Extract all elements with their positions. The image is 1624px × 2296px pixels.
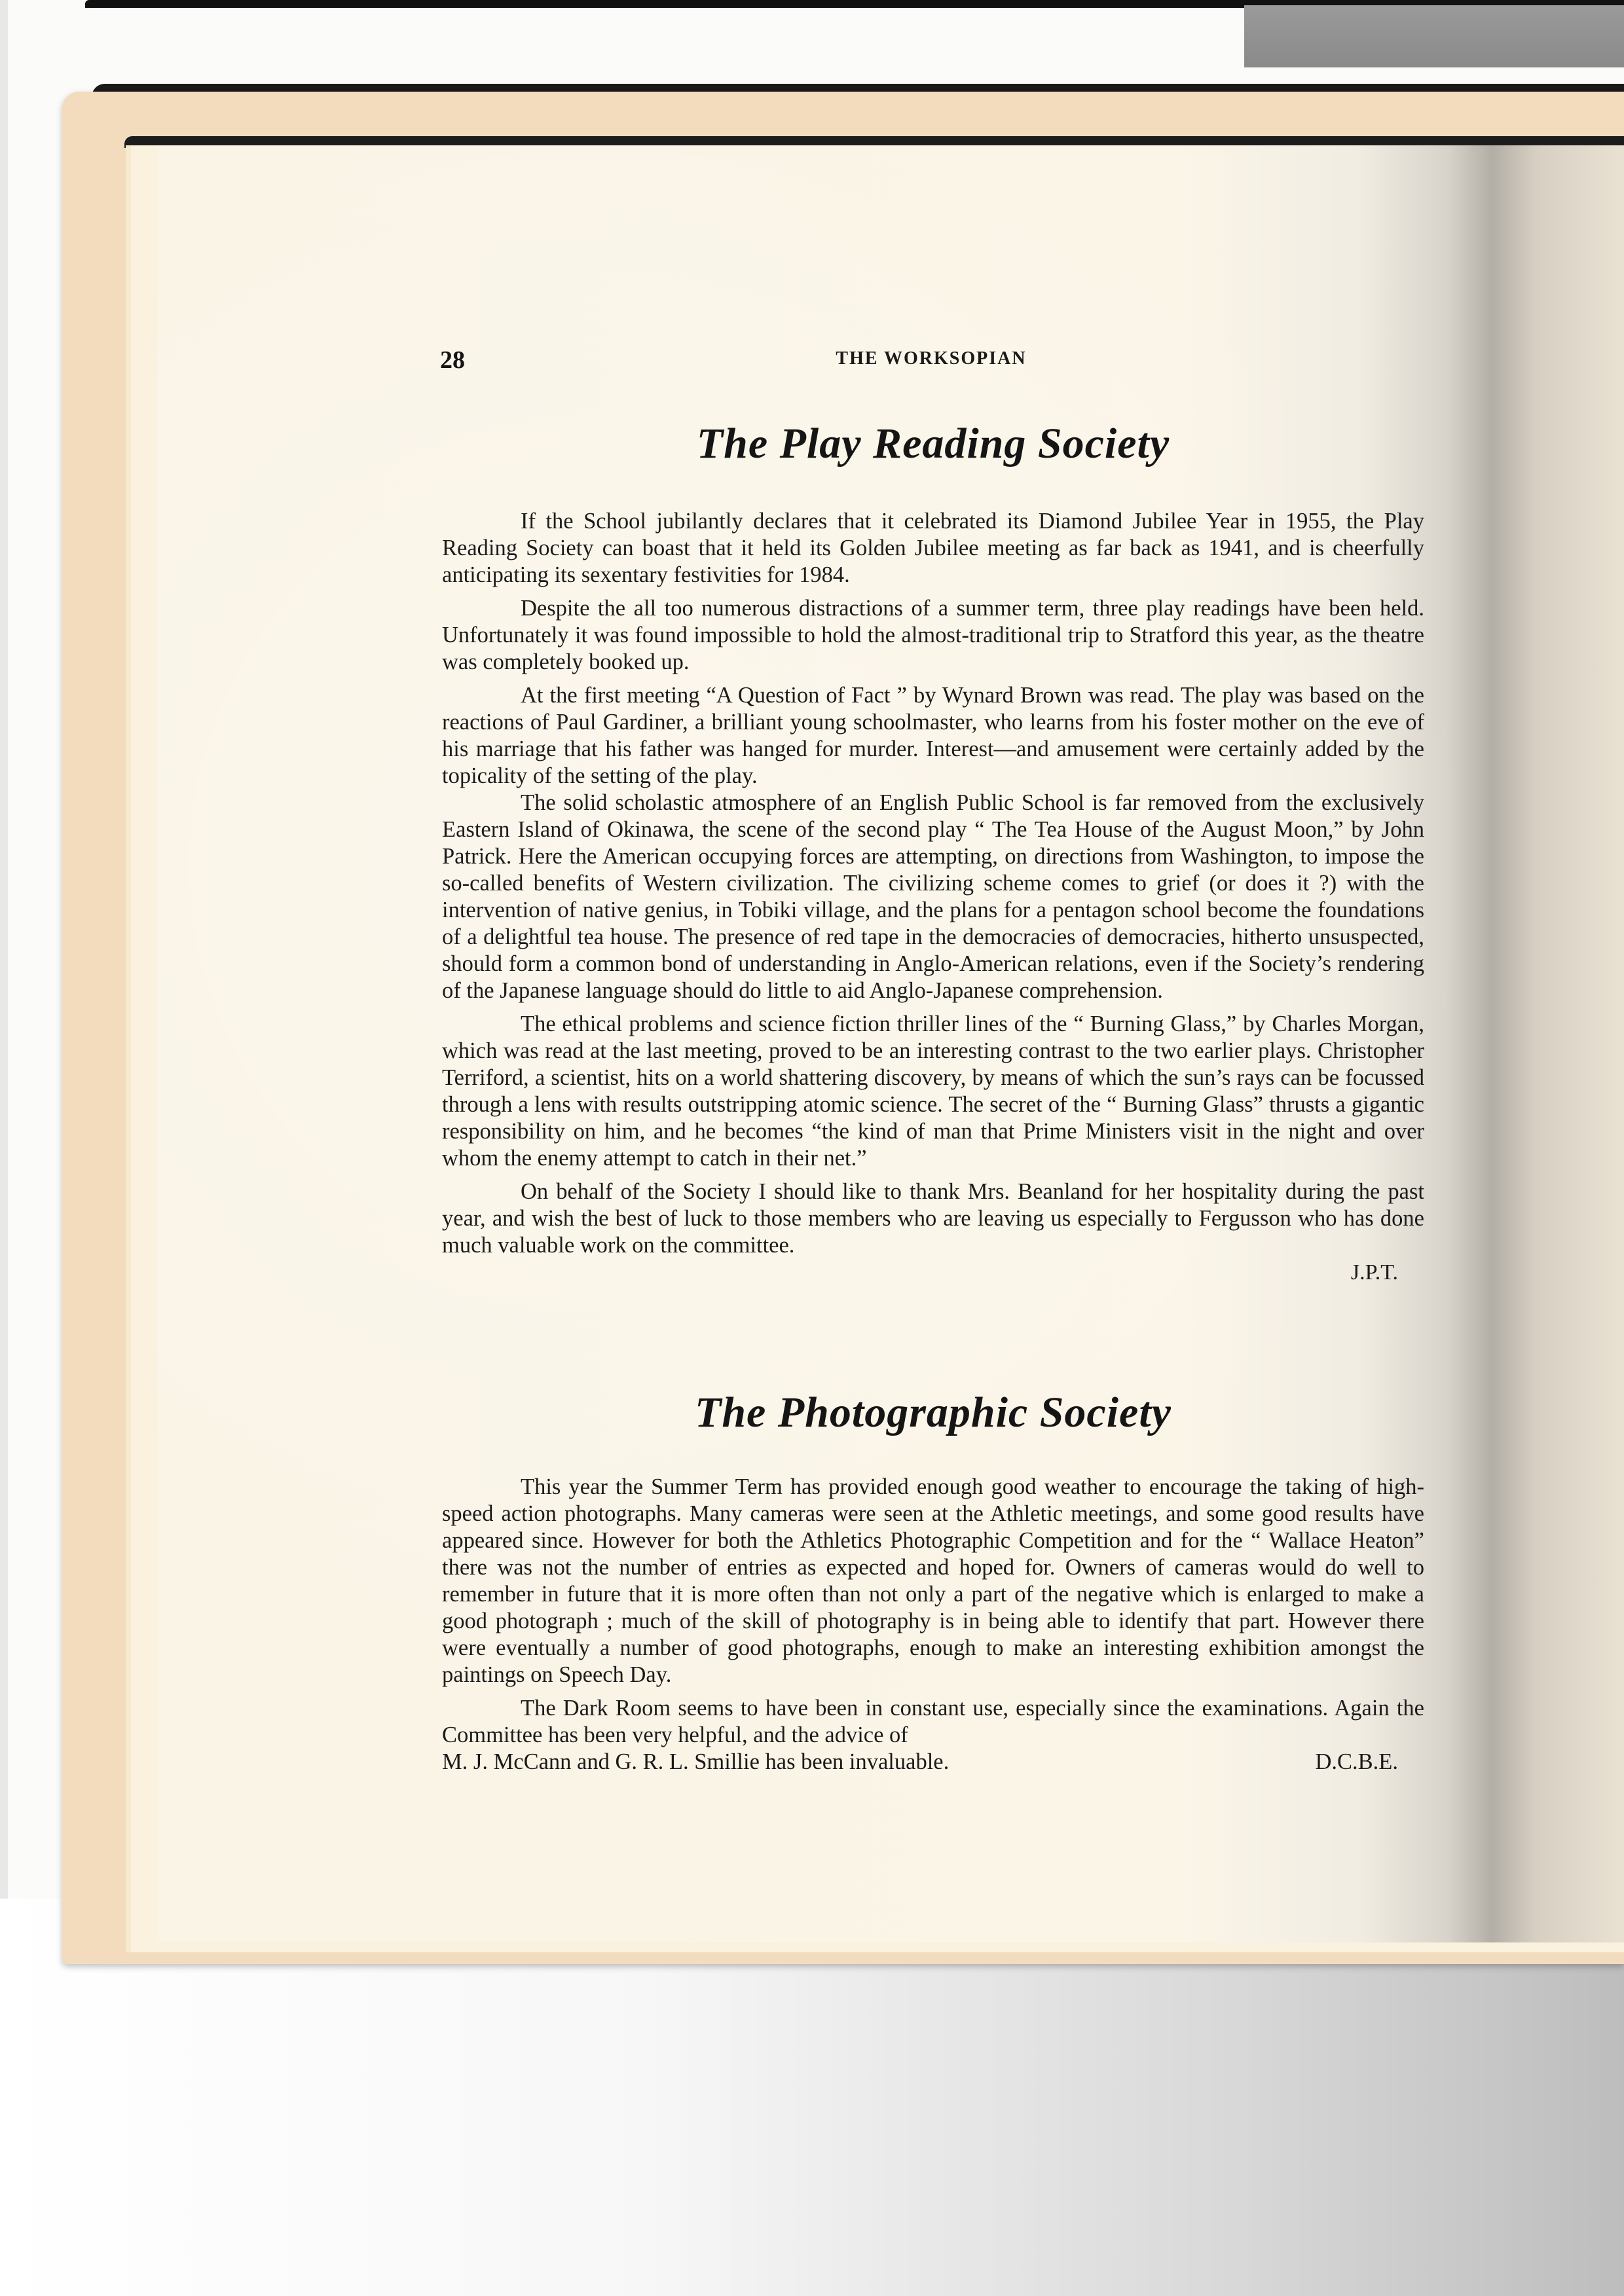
final-line-text: M. J. McCann and G. R. L. Smillie has be… <box>442 1749 949 1776</box>
paragraph: The ethical problems and science fiction… <box>442 1011 1424 1172</box>
paragraph: On behalf of the Society I should like t… <box>442 1178 1424 1259</box>
section-photographic-society: The Photographic Society This year the S… <box>442 1388 1424 1776</box>
author-initials: J.P.T. <box>442 1259 1424 1286</box>
scanner-shadow-band <box>1244 5 1624 67</box>
journal-title: THE WORKSOPIAN <box>440 348 1422 369</box>
section-title: The Play Reading Society <box>442 419 1424 469</box>
section-play-reading-society: The Play Reading Society If the School j… <box>442 419 1424 1286</box>
paragraph: The Dark Room seems to have been in cons… <box>442 1695 1424 1749</box>
paragraph: If the School jubilantly declares that i… <box>442 508 1424 589</box>
paragraph: The solid scholastic atmosphere of an En… <box>442 790 1424 1004</box>
paragraph: At the first meeting “A Question of Fact… <box>442 682 1424 790</box>
author-initials: D.C.B.E. <box>1315 1749 1424 1776</box>
running-head: 28 THE WORKSOPIAN <box>440 346 1422 372</box>
paragraph: This year the Summer Term has provided e… <box>442 1474 1424 1688</box>
final-line: M. J. McCann and G. R. L. Smillie has be… <box>442 1749 1424 1776</box>
paragraph: Despite the all too numerous distraction… <box>442 595 1424 676</box>
section-title: The Photographic Society <box>442 1388 1424 1438</box>
